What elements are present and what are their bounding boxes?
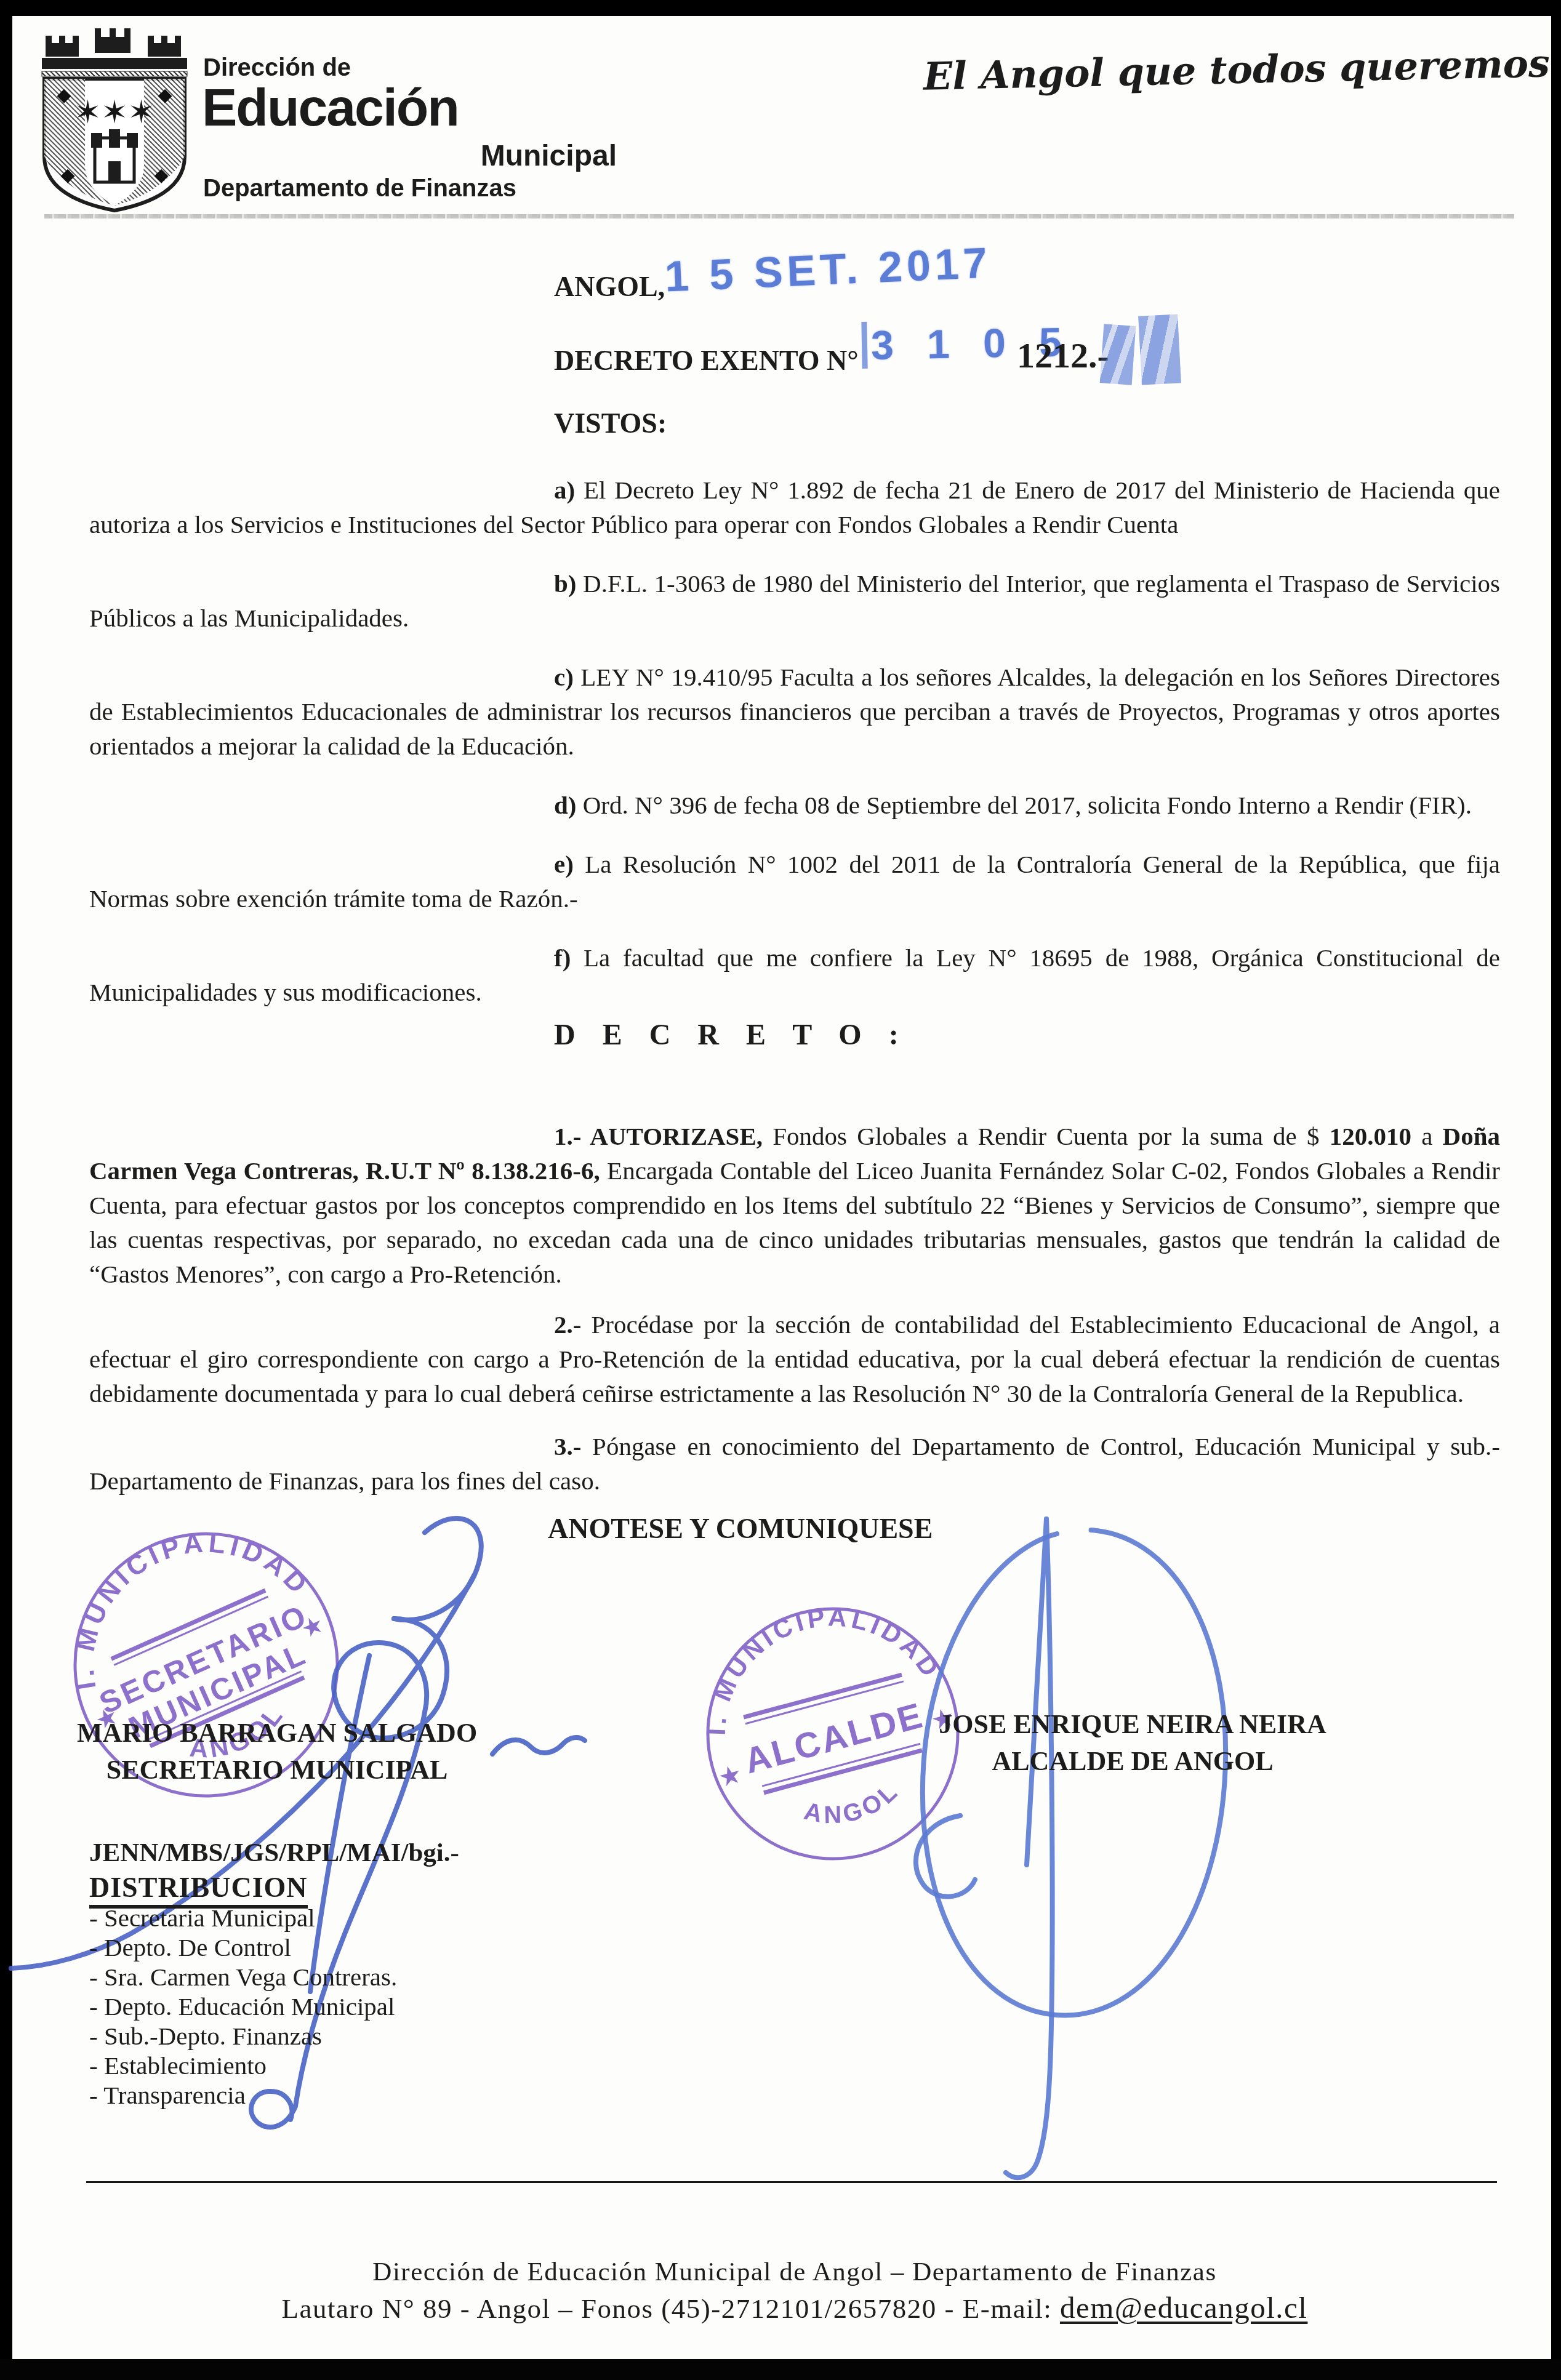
scanned-decree-page: ✶✶✶ ◆ ◆ ◆ ◆ Dirección de Educación Munic… (0, 0, 1561, 2380)
org-name-line3: Municipal (203, 139, 617, 173)
coat-of-arms-logo: ✶✶✶ ◆ ◆ ◆ ◆ (36, 17, 193, 213)
list-item: - Transparencia (89, 2080, 397, 2110)
shield: ✶✶✶ ◆ ◆ ◆ ◆ (44, 79, 185, 210)
svg-text:◆: ◆ (57, 84, 71, 106)
decree-body: ANGOL, DECRETO EXENTO N° VISTOS: a) El D… (89, 270, 1500, 1546)
decreto-heading: D E C R E T O : (89, 1018, 1500, 1052)
list-item: - Sra. Carmen Vega Contreras. (89, 1962, 397, 1992)
mayor-name-block: JOSE ENRIQUE NEIRA NEIRA ALCALDE DE ANGO… (880, 1706, 1385, 1780)
secretary-name-block: MARIO BARRAGAN SALGADO SECRETARIO MUNICI… (68, 1715, 486, 1789)
footer-email: dem@educangol.cl (1060, 2291, 1307, 2325)
org-name-line2: Educación (202, 78, 459, 138)
decreto-item-3: 3.- Póngase en conocimiento del Departam… (89, 1429, 1500, 1498)
city-label: ANGOL, (89, 270, 1500, 304)
footer-address: Lautaro N° 89 - Angol – Fonos (45)-27121… (282, 2293, 1060, 2324)
crown-towers (42, 28, 187, 76)
footer-line1: Dirección de Educación Municipal de Ango… (89, 2255, 1500, 2290)
decree-label: DECRETO EXENTO N° (89, 343, 1500, 378)
initials-line: JENN/MBS/JGS/RPL/MAI/bgi.- (89, 1838, 459, 1868)
decreto-item-1: 1.- AUTORIZASE, Fondos Globales a Rendir… (89, 1119, 1500, 1291)
scan-bottom-bar (0, 2359, 1561, 2380)
list-item: - Depto. De Control (89, 1933, 397, 1962)
header-divider (44, 214, 1514, 218)
stamp-arc-bottom-text: ANGOL (795, 1773, 909, 1839)
mayor-name: JOSE ENRIQUE NEIRA NEIRA (880, 1706, 1385, 1743)
svg-text:◆: ◆ (154, 164, 168, 186)
svg-text:◆: ◆ (158, 84, 172, 106)
list-item: - Sub.-Depto. Finanzas (89, 2021, 397, 2051)
svg-text:ANGOL: ANGOL (795, 1773, 909, 1839)
vistos-item-e: e) La Resolución N° 1002 del 2011 de la … (89, 847, 1500, 916)
decreto-item-2: 2.- Procédase por la sección de contabil… (89, 1307, 1500, 1411)
svg-text:✶✶✶: ✶✶✶ (74, 94, 155, 131)
vistos-item-a: a) El Decreto Ley N° 1.892 de fecha 21 d… (89, 473, 1500, 542)
secretary-name: MARIO BARRAGAN SALGADO (68, 1715, 486, 1752)
svg-text:◆: ◆ (60, 164, 74, 186)
vistos-item-d: d) Ord. N° 396 de fecha 08 de Septiembre… (89, 788, 1500, 822)
secretary-title: SECRETARIO MUNICIPAL (68, 1752, 486, 1789)
list-item: - Depto. Educación Municipal (89, 1992, 397, 2021)
vistos-item-b: b) D.F.L. 1-3063 de 1980 del Ministerio … (89, 566, 1500, 635)
list-item: - Establecimiento (89, 2051, 397, 2080)
list-item: - Secretaria Municipal (89, 1903, 397, 1933)
mayor-title: ALCALDE DE ANGOL (880, 1743, 1385, 1780)
vistos-item-c: c) LEY N° 19.410/95 Faculta a los señore… (89, 660, 1500, 763)
footer-divider (86, 2181, 1497, 2183)
vistos-heading: VISTOS: (89, 406, 1500, 441)
org-name-line4: Departamento de Finanzas (203, 175, 516, 202)
vistos-item-f: f) La facultad que me confiere la Ley N°… (89, 940, 1500, 1009)
distribution-list: - Secretaria Municipal- Depto. De Contro… (89, 1903, 397, 2110)
footer: Dirección de Educación Municipal de Ango… (89, 2255, 1500, 2327)
footer-line2: Lautaro N° 89 - Angol – Fonos (45)-27121… (89, 2290, 1500, 2327)
